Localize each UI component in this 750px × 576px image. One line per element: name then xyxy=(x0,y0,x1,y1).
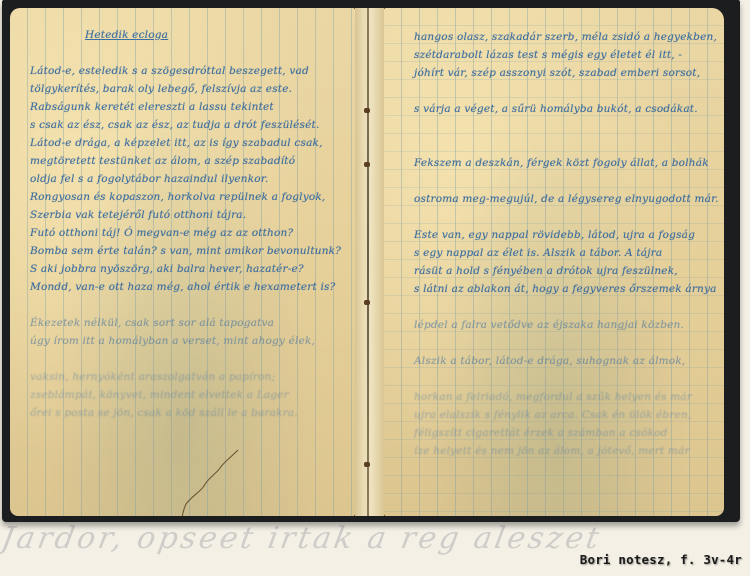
binding-stitch xyxy=(364,462,370,467)
handwritten-line: szétdarabolt lázas test s mégis egy élet… xyxy=(414,46,709,64)
line-gap xyxy=(414,172,709,190)
line-gap xyxy=(30,350,340,368)
line-gap xyxy=(414,82,709,100)
handwritten-line: Bomba sem érte talán? s van, mint amikor… xyxy=(30,242,340,260)
handwritten-line: Este van, egy nappal rövidebb, látod, uj… xyxy=(414,226,709,244)
line-gap xyxy=(414,334,709,352)
handwritten-line: rásüt a hold s fényében a drótok ujra fe… xyxy=(414,262,709,280)
handwritten-line: íze helyett és nem jön az álom, a jótevő… xyxy=(414,442,709,460)
line-gap xyxy=(414,298,709,316)
handwritten-line: tölgykerítés, barak oly lebegő, felszívj… xyxy=(30,80,340,98)
line-gap xyxy=(414,370,709,388)
handwritten-line: Futó otthoni táj! Ó megvan-e még az az o… xyxy=(30,224,340,242)
handwritten-line: Ékezetek nélkül, csak sort sor alá tapog… xyxy=(30,314,340,332)
handwritten-line: zseblámpát, könyvet, mindent elvettek a … xyxy=(30,386,340,404)
paper-crack xyxy=(180,448,240,516)
spine-line xyxy=(367,8,369,516)
handwritten-line: Alszik a tábor, látod-e drága, suhognak … xyxy=(414,352,709,370)
line-gap xyxy=(414,118,709,136)
handwritten-line: ostroma meg-megujúl, de a légysereg elny… xyxy=(414,190,709,208)
handwritten-line: megtöretett testünket az álom, a szép sz… xyxy=(30,152,340,170)
handwritten-line: Látod-e, esteledik s a szögesdróttal bes… xyxy=(30,62,340,80)
handwritten-line: s csak az ész, csak az ész, az tudja a d… xyxy=(30,116,340,134)
poem-title: Hetedik ecloga xyxy=(30,26,340,44)
background-bleed-through-text: Jardor, opseet irtak a reg aleszet xyxy=(0,522,750,576)
image-caption: Bori notesz, f. 3v-4r xyxy=(580,552,742,567)
handwritten-line: S aki jobbra nyöszörg, aki balra hever, … xyxy=(30,260,340,278)
binding-stitch xyxy=(364,108,370,113)
handwritten-line: Mondd, van-e ott haza még, ahol értik e … xyxy=(30,278,340,296)
handwritten-line: jóhírt vár, szép asszonyi szót, szabad e… xyxy=(414,64,709,82)
handwritten-line: vaksin, hernyóként araszolgatván a papír… xyxy=(30,368,340,386)
binding-stitch xyxy=(364,300,370,305)
line-gap xyxy=(414,136,709,154)
handwritten-line: hangos olasz, szakadár szerb, méla zsidó… xyxy=(414,28,709,46)
handwritten-line: féligszítt cigarettát érzek a számban a … xyxy=(414,424,709,442)
handwritten-line: s látni az ablakon át, hogy a fegyveres … xyxy=(414,280,709,298)
notebook-gutter xyxy=(355,8,384,516)
handwritten-line: s várja a véget, a sűrü homályba bukót, … xyxy=(414,100,709,118)
handwritten-line: Rabságunk keretét elereszti a lassu teki… xyxy=(30,98,340,116)
handwritten-line: oldja fel s a fogolytábor hazaindul ilye… xyxy=(30,170,340,188)
left-page-handwriting: Hetedik ecloga Látod-e, esteledik s a sz… xyxy=(30,26,340,422)
notebook-left-page: Hetedik ecloga Látod-e, esteledik s a sz… xyxy=(10,8,355,516)
handwritten-line: őrei s posta se jön, csak a köd száll le… xyxy=(30,404,340,422)
handwritten-line: Szerbia vak tetejéről futó otthoni tájra… xyxy=(30,206,340,224)
notebook-right-page: hangos olasz, szakadár szerb, méla zsidó… xyxy=(384,8,724,516)
binding-stitch xyxy=(364,162,370,167)
handwritten-line: Látod-e drága, a képzelet itt, az is így… xyxy=(30,134,340,152)
line-gap xyxy=(30,296,340,314)
handwritten-line: lépdel a falra vetődve az éjszaka hangja… xyxy=(414,316,709,334)
handwritten-line: Rongyosan és kopaszon, horkolva repülnek… xyxy=(30,188,340,206)
handwritten-line: Fekszem a deszkán, férgek közt fogoly ál… xyxy=(414,154,709,172)
handwritten-line: úgy írom itt a homályban a verset, mint … xyxy=(30,332,340,350)
handwritten-line: s egy nappal az élet is. Alszik a tábor.… xyxy=(414,244,709,262)
right-page-handwriting: hangos olasz, szakadár szerb, méla zsidó… xyxy=(414,28,709,460)
handwritten-line: horkan a felriadó, megfordul a szűk hely… xyxy=(414,388,709,406)
line-gap xyxy=(414,208,709,226)
handwritten-line: ujra elalszik s fénylik az arca. Csak én… xyxy=(414,406,709,424)
